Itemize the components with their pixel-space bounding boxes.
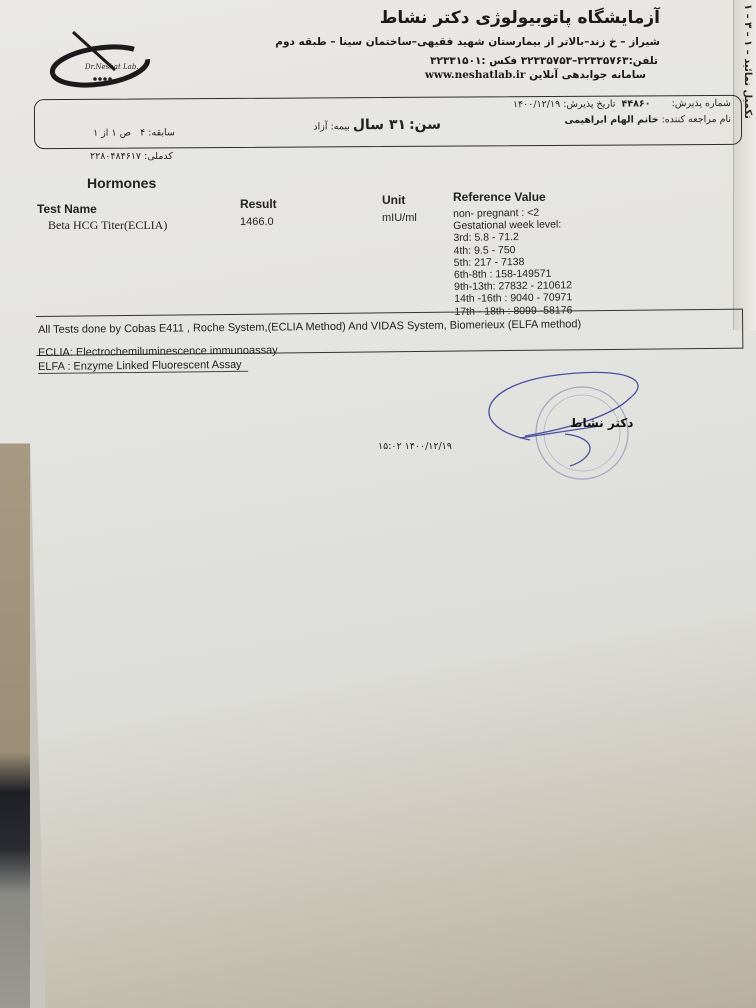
test-result: 1466.0 (240, 216, 274, 228)
elfa-note: ELFA : Enzyme Linked Fluorescent Assay (38, 359, 248, 374)
reference-line: 14th -16th : 9040 - 70971 (454, 292, 572, 306)
column-header-unit: Unit (382, 193, 405, 207)
admission-date-label: تاریخ پذیرش: (563, 99, 615, 110)
desk-background (0, 440, 30, 1008)
reference-values: non- pregnant : <2 Gestational week leve… (453, 206, 572, 317)
online-system-label: سامانه جوابدهی آنلاین (529, 69, 646, 81)
patient-age: ۳۱ سال (353, 117, 406, 133)
patient-name-label: نام مراجعه کننده: (662, 114, 731, 125)
print-timestamp: ۱۴۰۰/۱۲/۱۹ ۱۵:۰۲ (378, 441, 452, 452)
logo-text: Dr.Neshat Lab. (84, 63, 139, 71)
admission-number: ۴۴۸۶۰ (621, 98, 650, 109)
lab-website-line: سامانه جوابدهی آنلاین www.neshatlab.ir (425, 69, 646, 81)
lab-website-link[interactable]: www.neshatlab.ir (425, 69, 526, 81)
national-id-row: کدملی: ۲۲۸۰۴۸۴۶۱۷ (90, 151, 173, 162)
reference-line: Gestational week level: (453, 219, 571, 233)
section-title: Hormones (87, 175, 156, 191)
patient-name-row: نام مراجعه کننده: خانم الهام ابراهیمی (564, 114, 731, 126)
lab-name: آزمایشگاه پاتوبیولوژی دکتر نشاط (380, 8, 660, 28)
lab-address: شیراز – خ زند–بالاتر از بیمارستان شهید ف… (275, 36, 660, 48)
patient-name: خانم الهام ابراهیمی (564, 114, 658, 126)
admission-date: ۱۴۰۰/۱۲/۱۹ (513, 99, 560, 110)
doctor-name: دکتر نشاط (570, 416, 633, 430)
insurance-value: آزاد (313, 121, 327, 132)
history-row: سابقه: ۴ ص ۱ از ۱ (93, 127, 175, 138)
adjacent-page-strip: تکمیل نمائید – ۱ – ۳ – ۱ (733, 0, 756, 330)
column-header-result: Result (240, 197, 277, 211)
patient-age-row: سن: ۳۱ سال بیمه: آزاد (313, 117, 441, 134)
national-id: ۲۲۸۰۴۸۴۶۱۷ (90, 151, 141, 162)
test-unit: mIU/ml (382, 212, 417, 224)
test-name: Beta HCG Titer(ECLIA) (48, 218, 167, 233)
history-label: سابقه: (148, 127, 175, 138)
column-header-reference: Reference Value (453, 190, 546, 204)
age-label: سن: (409, 117, 441, 133)
admission-number-label: شماره پذیرش: (672, 98, 731, 109)
column-header-test: Test Name (37, 202, 97, 216)
lab-phone-fax: تلفن:۳۲۳۳۵۷۶۳–۳۲۳۳۵۷۵۳ فکس :۳۲۳۳۱۵۰۱ (430, 55, 658, 67)
eclia-note: ECLIA: Electrochemiluminescence immunoas… (38, 344, 278, 359)
adjacent-page-text: تکمیل نمائید – ۱ – ۳ – ۱ (742, 4, 753, 119)
lab-logo-icon: Dr.Neshat Lab. (45, 28, 155, 88)
insurance-label: بیمه: (331, 121, 350, 132)
history-value: ۴ (140, 127, 145, 138)
admission-info: شماره پذیرش: ۴۴۸۶۰ تاریخ پذیرش: ۱۴۰۰/۱۲/… (513, 98, 731, 110)
national-id-label: کدملی: (144, 151, 173, 162)
patient-info-box: شماره پذیرش: ۴۴۸۶۰ تاریخ پذیرش: ۱۴۰۰/۱۲/… (34, 95, 742, 149)
page-info: ص ۱ از ۱ (93, 128, 131, 139)
